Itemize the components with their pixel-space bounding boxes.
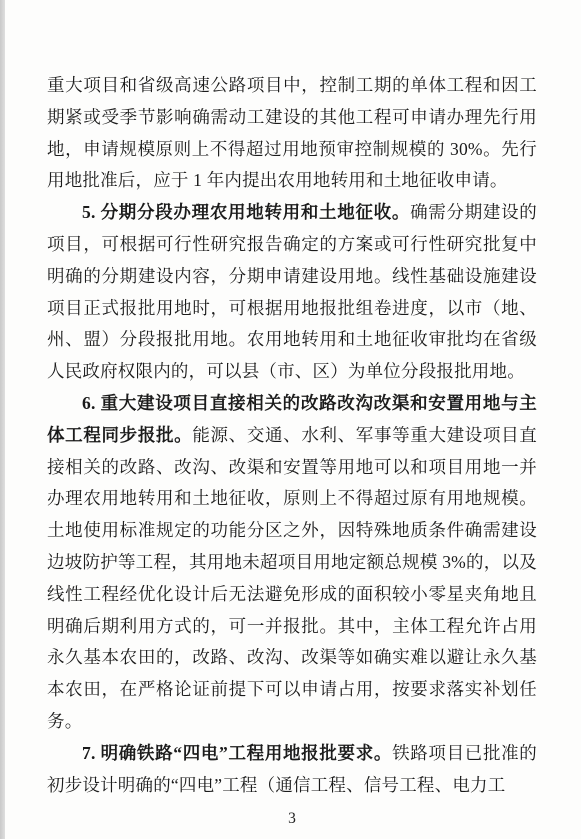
paragraph-text: 能源、交通、水利、军事等重大建设项目直接相关的改路、改沟、改渠和安置等用地可以和… bbox=[47, 425, 537, 731]
paragraph: 5. 分期分段办理农用地转用和土地征收。确需分期建设的项目，可根据可行性研究报告… bbox=[47, 197, 537, 388]
paragraph: 重大项目和省级高速公路项目中，控制工期的单体工程和因工期紧或受季节影响确需动工建… bbox=[47, 70, 537, 197]
paragraph-lead-text: 5. 分期分段办理农用地转用和土地征收。 bbox=[82, 202, 410, 222]
paragraph: 7. 明确铁路“四电”工程用地报批要求。铁路项目已批准的初步设计明确的“四电”工… bbox=[47, 738, 537, 802]
paragraph-text: 重大项目和省级高速公路项目中，控制工期的单体工程和因工期紧或受季节影响确需动工建… bbox=[47, 75, 537, 190]
document-page: 重大项目和省级高速公路项目中，控制工期的单体工程和因工期紧或受季节影响确需动工建… bbox=[47, 70, 537, 830]
paragraph-text: 确需分期建设的项目，可根据可行性研究报告确定的方案或可行性研究批复中明确的分期建… bbox=[47, 202, 537, 381]
scan-edge-shadow bbox=[0, 0, 5, 839]
document-body: 重大项目和省级高速公路项目中，控制工期的单体工程和因工期紧或受季节影响确需动工建… bbox=[47, 70, 537, 801]
paragraph-lead-text: 7. 明确铁路“四电”工程用地报批要求。 bbox=[82, 743, 392, 763]
page-number: 3 bbox=[47, 808, 537, 830]
paragraph: 6. 重大建设项目直接相关的改路改沟改渠和安置用地与主体工程同步报批。能源、交通… bbox=[47, 388, 537, 738]
